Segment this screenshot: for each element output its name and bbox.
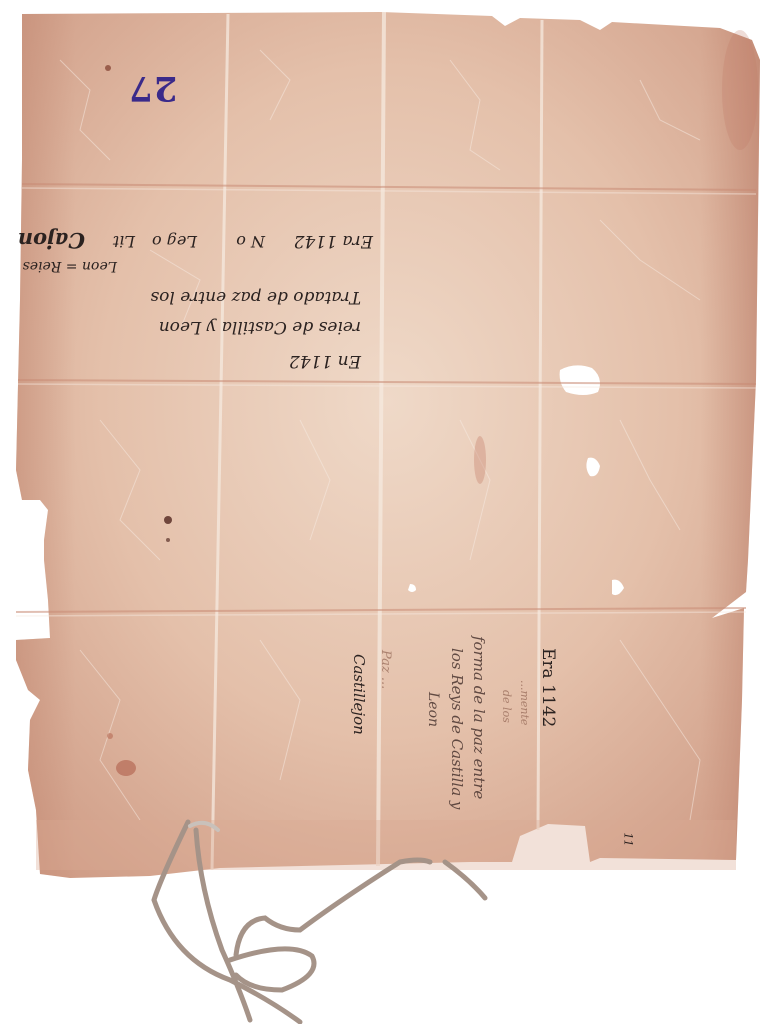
endorsement-left: Paz ...	[379, 650, 392, 689]
hole	[560, 365, 600, 395]
endorsement-faint: de los	[501, 690, 512, 723]
endorsement-main: forma de la paz entre	[471, 636, 486, 799]
stain	[166, 538, 170, 542]
stain	[105, 65, 111, 71]
endorsement-left: Castillejon	[351, 654, 366, 735]
era-label: Era 1142	[539, 648, 556, 727]
endorsement-line: En 1142	[289, 352, 361, 369]
endorsement-lit: Lit	[113, 233, 135, 249]
endorsement-upside-down: En 1142 reies de Castilla y Leon Tratado…	[30, 218, 375, 373]
endorsement-line: Tratado de paz entre los	[150, 288, 361, 305]
endorsement-faint: ...mente	[519, 660, 530, 705]
endorsement-cajon: Cajon	[18, 230, 85, 251]
endorsement-vertical: Era 1142	[539, 648, 556, 727]
endorsement-line: reies de Castilla y Leon	[159, 318, 361, 335]
stain	[107, 733, 113, 739]
corner-mark: 11	[623, 833, 634, 847]
stain	[116, 760, 136, 776]
endorsement-leg: Leg o	[152, 233, 197, 249]
endorsement-main: los Reys de Castilla y	[449, 648, 464, 809]
parchment-sheet	[0, 0, 774, 1024]
endorsement-line: Leon = Reies	[23, 259, 117, 273]
document-photo: 27 En 1142 reies de Castilla y Leon Trat…	[0, 0, 774, 1024]
endorsement-era: Era 1142	[294, 232, 373, 249]
endorsement-main: Leon	[426, 692, 440, 727]
archive-stamp-number: 27	[128, 68, 177, 108]
stain	[164, 516, 172, 524]
endorsement-num: N o	[236, 233, 265, 249]
